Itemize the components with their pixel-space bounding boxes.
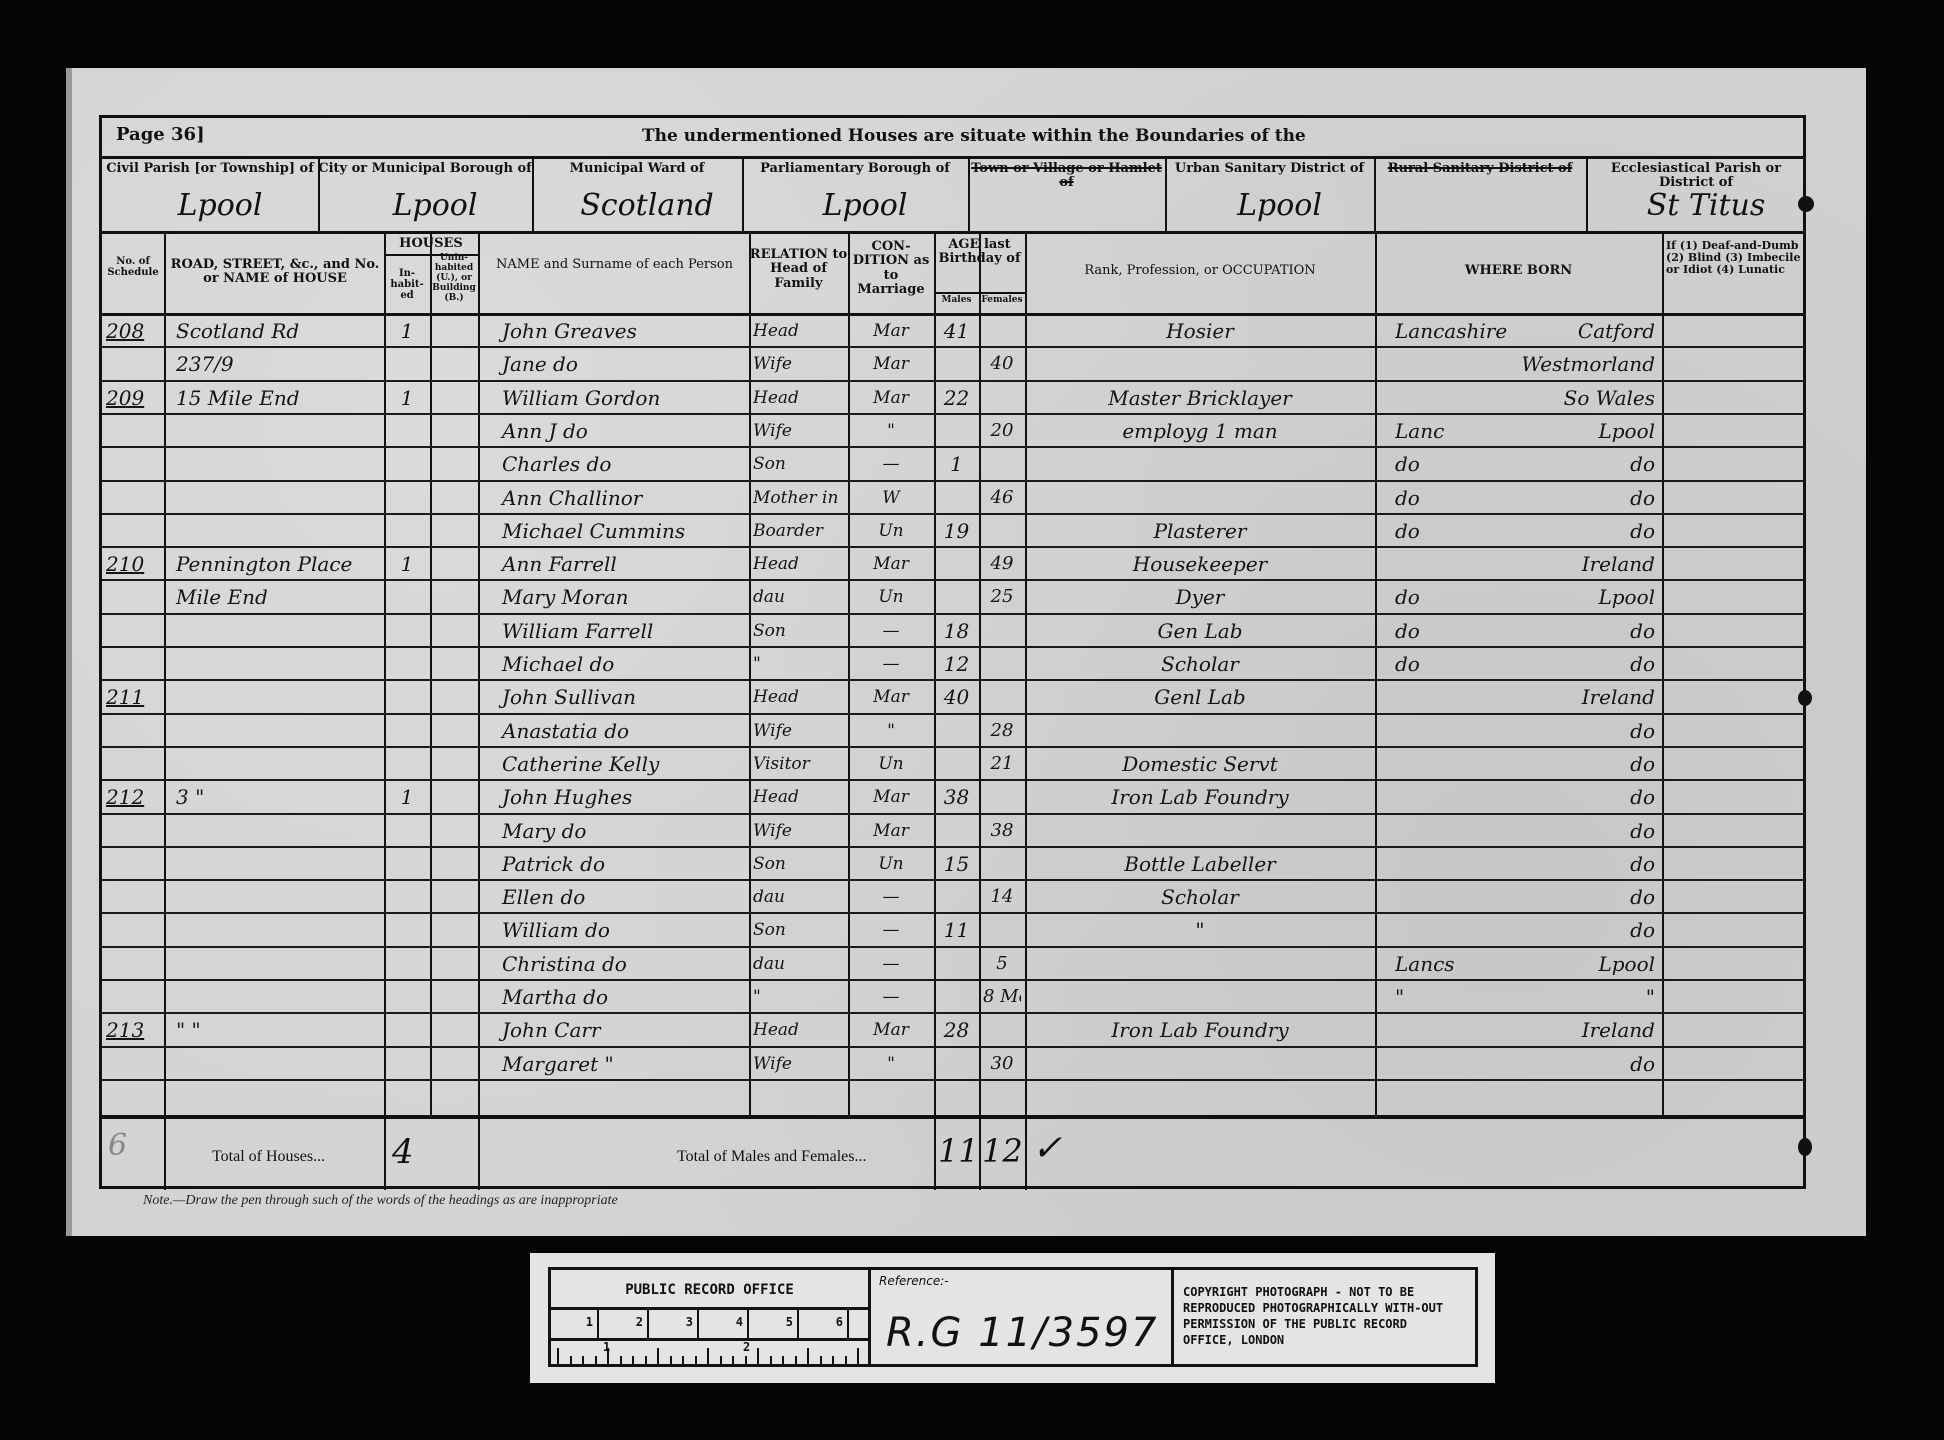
relation-to-head: Visitor bbox=[753, 748, 844, 780]
road-address: Scotland Rd bbox=[168, 315, 388, 347]
occupation: Hosier bbox=[1029, 315, 1371, 347]
occupation: Housekeeper bbox=[1029, 548, 1371, 580]
district-value: Lpool bbox=[1195, 190, 1364, 222]
occupation: Genl Lab bbox=[1029, 681, 1371, 713]
born-county: do bbox=[1395, 448, 1515, 480]
district-label: Town or Village or Hamlet of bbox=[968, 162, 1165, 191]
district-label: Civil Parish [or Township] of bbox=[102, 162, 318, 176]
female-age: 49 bbox=[983, 548, 1021, 580]
female-age: 5 bbox=[983, 948, 1021, 980]
relation-to-head: " bbox=[753, 981, 844, 1013]
born-town: do bbox=[1520, 848, 1655, 880]
total-males-value: 11 bbox=[938, 1132, 979, 1170]
born-county: do bbox=[1395, 615, 1515, 647]
road-address: 237/9 bbox=[168, 348, 388, 380]
relation-to-head: Wife bbox=[753, 348, 844, 380]
born-county: do bbox=[1395, 482, 1515, 514]
occupation: employg 1 man bbox=[1029, 415, 1371, 447]
female-age: 14 bbox=[983, 881, 1021, 913]
male-age: 15 bbox=[938, 848, 975, 880]
census-form: Page 36] The undermentioned Houses are s… bbox=[99, 115, 1806, 1189]
occupation: " bbox=[1029, 914, 1371, 946]
born-town: do bbox=[1520, 648, 1655, 680]
marital-condition: Mar bbox=[852, 1014, 930, 1046]
person-name: Ann Challinor bbox=[482, 482, 765, 514]
ruler-number: 1 bbox=[603, 1340, 610, 1354]
born-county: " bbox=[1395, 981, 1515, 1013]
female-age: 46 bbox=[983, 482, 1021, 514]
header-name: NAME and Surname of each Person bbox=[492, 258, 737, 272]
marital-condition: — bbox=[852, 881, 930, 913]
born-town: Westmorland bbox=[1520, 348, 1655, 380]
relation-to-head: Head bbox=[753, 382, 844, 414]
born-county: do bbox=[1395, 581, 1515, 613]
male-age: 11 bbox=[938, 914, 975, 946]
female-age: 8 Mo bbox=[983, 981, 1021, 1013]
schedule-number: 210 bbox=[106, 548, 160, 580]
header-infirmity: If (1) Deaf-and-Dumb (2) Blind (3) Imbec… bbox=[1666, 240, 1802, 276]
born-town: Ireland bbox=[1520, 681, 1655, 713]
occupation: Plasterer bbox=[1029, 515, 1371, 547]
ink-blot bbox=[1798, 1138, 1812, 1156]
relation-to-head: " bbox=[753, 648, 844, 680]
office-label: PUBLIC RECORD OFFICE bbox=[551, 1270, 871, 1310]
marital-condition: — bbox=[852, 448, 930, 480]
occupation: Iron Lab Foundry bbox=[1029, 1014, 1371, 1046]
marital-condition: — bbox=[852, 948, 930, 980]
born-town: do bbox=[1520, 748, 1655, 780]
born-town: do bbox=[1520, 448, 1655, 480]
born-county: Lancs bbox=[1395, 948, 1515, 980]
born-town: Lpool bbox=[1520, 581, 1655, 613]
marital-condition: " bbox=[852, 1048, 930, 1080]
header-females: Females bbox=[979, 296, 1025, 306]
schedule-number: 208 bbox=[106, 315, 160, 347]
male-age: 1 bbox=[938, 448, 975, 480]
district-value: Lpool bbox=[772, 190, 958, 222]
male-age: 19 bbox=[938, 515, 975, 547]
marital-condition: Mar bbox=[852, 548, 930, 580]
district-label: Parliamentary Borough of bbox=[742, 162, 968, 176]
born-town: do bbox=[1520, 615, 1655, 647]
born-county: do bbox=[1395, 648, 1515, 680]
male-age: 40 bbox=[938, 681, 975, 713]
person-name: John Carr bbox=[482, 1014, 765, 1046]
ruler-number: 4 bbox=[701, 1310, 749, 1338]
person-name: Mary Moran bbox=[482, 581, 765, 613]
page-label: Page 36] bbox=[116, 124, 205, 145]
relation-to-head: Son bbox=[753, 848, 844, 880]
header-uninhabited: Unin-habited (U.), or Building (B.) bbox=[430, 254, 478, 303]
relation-to-head: Wife bbox=[753, 1048, 844, 1080]
person-name: Catherine Kelly bbox=[482, 748, 765, 780]
district-label: Rural Sanitary District of bbox=[1374, 162, 1586, 176]
relation-to-head: Wife bbox=[753, 815, 844, 847]
schedule-number: 209 bbox=[106, 382, 160, 414]
person-name: William Gordon bbox=[482, 382, 765, 414]
person-name: William do bbox=[482, 914, 765, 946]
occupation: Iron Lab Foundry bbox=[1029, 781, 1371, 813]
female-age: 28 bbox=[983, 715, 1021, 747]
male-age: 38 bbox=[938, 781, 975, 813]
occupation: Domestic Servt bbox=[1029, 748, 1371, 780]
marital-condition: Un bbox=[852, 848, 930, 880]
marital-condition: — bbox=[852, 914, 930, 946]
marital-condition: Mar bbox=[852, 681, 930, 713]
person-name: Christina do bbox=[482, 948, 765, 980]
occupation: Bottle Labeller bbox=[1029, 848, 1371, 880]
relation-to-head: dau bbox=[753, 881, 844, 913]
marital-condition: Un bbox=[852, 515, 930, 547]
inhabited-count: 1 bbox=[388, 315, 426, 347]
heading-note: Note.—Draw the pen through such of the w… bbox=[143, 1193, 618, 1209]
person-name: Martha do bbox=[482, 981, 765, 1013]
road-address: 15 Mile End bbox=[168, 382, 388, 414]
marital-condition: Un bbox=[852, 581, 930, 613]
female-age: 40 bbox=[983, 348, 1021, 380]
relation-to-head: dau bbox=[753, 948, 844, 980]
district-label: City or Municipal Borough of bbox=[318, 162, 532, 176]
relation-to-head: Son bbox=[753, 914, 844, 946]
marital-condition: Mar bbox=[852, 815, 930, 847]
ruler-scale: 12345612 bbox=[551, 1310, 871, 1367]
header-relation: RELATION to Head of Family bbox=[749, 248, 848, 291]
boundary-title: The undermentioned Houses are situate wi… bbox=[642, 126, 1306, 146]
occupation: Scholar bbox=[1029, 648, 1371, 680]
born-county: do bbox=[1395, 515, 1515, 547]
born-town: Lpool bbox=[1520, 948, 1655, 980]
person-name: Margaret " bbox=[482, 1048, 765, 1080]
copyright-notice: COPYRIGHT PHOTOGRAPH - NOT TO BE REPRODU… bbox=[1183, 1284, 1453, 1348]
marital-condition: " bbox=[852, 415, 930, 447]
occupation: Dyer bbox=[1029, 581, 1371, 613]
header-occupation: Rank, Profession, or OCCUPATION bbox=[1025, 264, 1375, 278]
header-condition: CON-DITION as to Marriage bbox=[848, 240, 934, 297]
born-county: Lanc bbox=[1395, 415, 1515, 447]
marital-condition: Mar bbox=[852, 382, 930, 414]
born-county: Lancashire bbox=[1395, 315, 1515, 347]
relation-to-head: Head bbox=[753, 781, 844, 813]
header-inhabited: In-habit-ed bbox=[384, 268, 430, 301]
person-name: Ann J do bbox=[482, 415, 765, 447]
road-address: 3 " bbox=[168, 781, 388, 813]
born-town: do bbox=[1520, 914, 1655, 946]
road-address: " " bbox=[168, 1014, 388, 1046]
margin-mark: 6 bbox=[108, 1128, 127, 1163]
inhabited-count: 1 bbox=[388, 382, 426, 414]
check-mark: ✓ bbox=[1032, 1128, 1062, 1169]
person-name: Michael Cummins bbox=[482, 515, 765, 547]
born-town: do bbox=[1520, 815, 1655, 847]
born-town: Catford bbox=[1520, 315, 1655, 347]
marital-condition: — bbox=[852, 615, 930, 647]
person-name: John Sullivan bbox=[482, 681, 765, 713]
header-males: Males bbox=[934, 296, 979, 306]
female-age: 21 bbox=[983, 748, 1021, 780]
ruler-number: 1 bbox=[551, 1310, 599, 1338]
record-office-stamp: PUBLIC RECORD OFFICE 12345612 Reference:… bbox=[530, 1253, 1495, 1383]
total-females-value: 12 bbox=[982, 1132, 1023, 1170]
person-name: Charles do bbox=[482, 448, 765, 480]
ruler-number: 5 bbox=[751, 1310, 799, 1338]
marital-condition: " bbox=[852, 715, 930, 747]
header-where-born: WHERE BORN bbox=[1375, 264, 1662, 278]
relation-to-head: Mother in law bbox=[753, 482, 844, 514]
relation-to-head: Boarder bbox=[753, 515, 844, 547]
male-age: 12 bbox=[938, 648, 975, 680]
district-label: Municipal Ward of bbox=[532, 162, 742, 176]
person-name: Ellen do bbox=[482, 881, 765, 913]
person-name: Patrick do bbox=[482, 848, 765, 880]
district-value: Scotland bbox=[562, 190, 732, 222]
total-houses-value: 4 bbox=[392, 1132, 414, 1172]
relation-to-head: Son bbox=[753, 615, 844, 647]
schedule-number: 211 bbox=[106, 681, 160, 713]
district-label: Ecclesiastical Parish or District of bbox=[1586, 162, 1806, 191]
person-name: Mary do bbox=[482, 815, 765, 847]
district-value: St Titus bbox=[1616, 190, 1796, 222]
born-town: do bbox=[1520, 1048, 1655, 1080]
female-age: 25 bbox=[983, 581, 1021, 613]
occupation: Scholar bbox=[1029, 881, 1371, 913]
road-address: Mile End bbox=[168, 581, 388, 613]
relation-to-head: Head bbox=[753, 315, 844, 347]
district-value: Lpool bbox=[132, 190, 308, 222]
relation-to-head: Head bbox=[753, 681, 844, 713]
schedule-number: 213 bbox=[106, 1014, 160, 1046]
occupation: Master Bricklayer bbox=[1029, 382, 1371, 414]
inhabited-count: 1 bbox=[388, 781, 426, 813]
born-town: do bbox=[1520, 715, 1655, 747]
ruler-number: 2 bbox=[743, 1340, 750, 1354]
female-age: 38 bbox=[983, 815, 1021, 847]
ink-blot bbox=[1798, 196, 1814, 212]
person-name: William Farrell bbox=[482, 615, 765, 647]
born-town: Ireland bbox=[1520, 548, 1655, 580]
male-age: 28 bbox=[938, 1014, 975, 1046]
marital-condition: Mar bbox=[852, 348, 930, 380]
road-address: Pennington Place bbox=[168, 548, 388, 580]
reference-label: Reference:- bbox=[879, 1274, 949, 1288]
ruler-number: 2 bbox=[601, 1310, 649, 1338]
male-age: 41 bbox=[938, 315, 975, 347]
marital-condition: Un bbox=[852, 748, 930, 780]
born-town: do bbox=[1520, 881, 1655, 913]
person-name: John Greaves bbox=[482, 315, 765, 347]
total-persons-label: Total of Males and Females... bbox=[677, 1148, 867, 1166]
marital-condition: — bbox=[852, 981, 930, 1013]
marital-condition: Mar bbox=[852, 781, 930, 813]
male-age: 18 bbox=[938, 615, 975, 647]
person-name: Jane do bbox=[482, 348, 765, 380]
relation-to-head: Head bbox=[753, 1014, 844, 1046]
total-houses-label: Total of Houses... bbox=[212, 1148, 325, 1166]
district-label: Urban Sanitary District of bbox=[1165, 162, 1374, 176]
born-town: do bbox=[1520, 781, 1655, 813]
male-age: 22 bbox=[938, 382, 975, 414]
born-town: So Wales bbox=[1520, 382, 1655, 414]
person-name: Michael do bbox=[482, 648, 765, 680]
header-schedule: No. of Schedule bbox=[102, 256, 164, 278]
relation-to-head: dau bbox=[753, 581, 844, 613]
ink-blot bbox=[1798, 690, 1812, 706]
ruler-number: 6 bbox=[801, 1310, 849, 1338]
person-name: John Hughes bbox=[482, 781, 765, 813]
born-town: Lpool bbox=[1520, 415, 1655, 447]
person-name: Ann Farrell bbox=[482, 548, 765, 580]
ruler-number: 3 bbox=[651, 1310, 699, 1338]
reference-value: R.G 11/3597 bbox=[886, 1310, 1158, 1356]
marital-condition: — bbox=[852, 648, 930, 680]
born-town: do bbox=[1520, 515, 1655, 547]
born-town: " bbox=[1520, 981, 1655, 1013]
relation-to-head: Head bbox=[753, 548, 844, 580]
district-value: Lpool bbox=[348, 190, 522, 222]
person-name: Anastatia do bbox=[482, 715, 765, 747]
inhabited-count: 1 bbox=[388, 548, 426, 580]
female-age: 20 bbox=[983, 415, 1021, 447]
schedule-number: 212 bbox=[106, 781, 160, 813]
marital-condition: Mar bbox=[852, 315, 930, 347]
header-road: ROAD, STREET, &c., and No. or NAME of HO… bbox=[168, 258, 382, 287]
born-town: do bbox=[1520, 482, 1655, 514]
marital-condition: W bbox=[852, 482, 930, 514]
relation-to-head: Son bbox=[753, 448, 844, 480]
female-age: 30 bbox=[983, 1048, 1021, 1080]
relation-to-head: Wife bbox=[753, 415, 844, 447]
relation-to-head: Wife bbox=[753, 715, 844, 747]
occupation: Gen Lab bbox=[1029, 615, 1371, 647]
born-town: Ireland bbox=[1520, 1014, 1655, 1046]
